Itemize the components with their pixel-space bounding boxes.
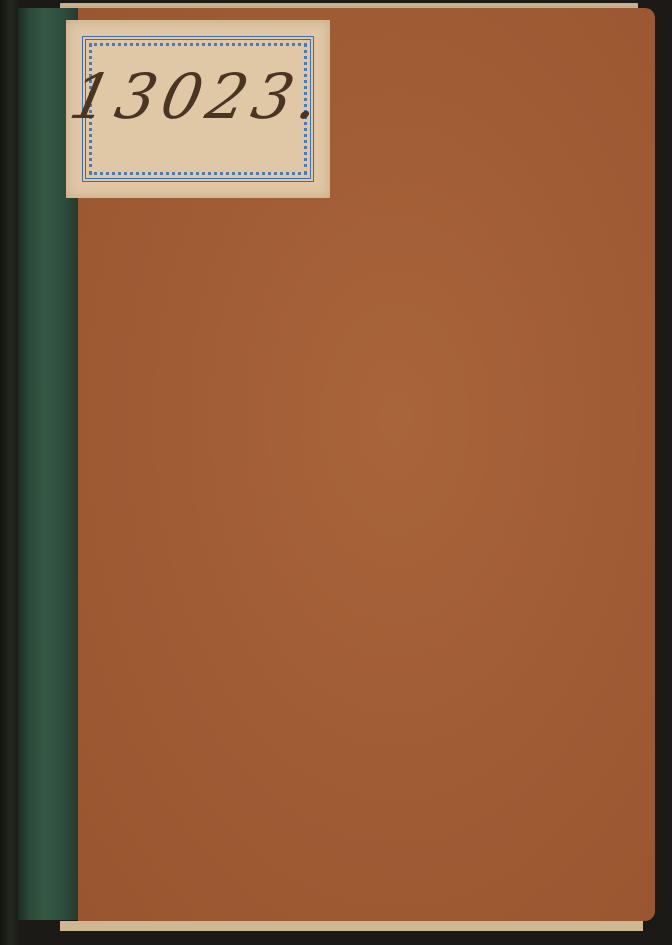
catalog-label: 13023.: [66, 20, 330, 198]
catalog-number: 13023.: [58, 60, 338, 133]
page-edges-bottom: [60, 921, 643, 931]
background: [0, 0, 18, 945]
